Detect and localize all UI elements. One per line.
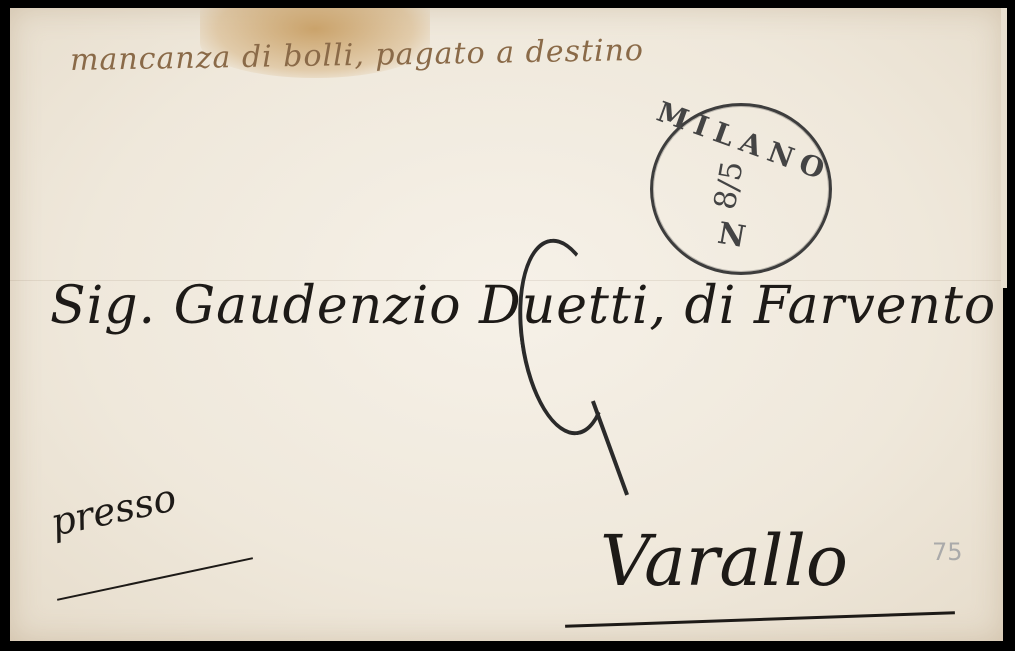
top-manuscript-note: mancanza di bolli, pagato a destino bbox=[70, 33, 645, 78]
flap-edge bbox=[1001, 8, 1007, 288]
destination-underline bbox=[565, 611, 955, 628]
postmark-circle: MILANO 8/5 N bbox=[650, 103, 832, 275]
manuscript-tax-mark bbox=[507, 233, 622, 441]
presso-note: presso bbox=[47, 475, 180, 544]
presso-underline bbox=[57, 557, 253, 601]
destination-town: Varallo bbox=[600, 520, 848, 602]
postmark-date: 8/5 bbox=[708, 159, 751, 213]
manuscript-tax-mark-tail bbox=[591, 400, 629, 495]
postmark-time: N bbox=[715, 216, 748, 255]
addressee-name: Sig. Gaudenzio Duetti, di Farvento bbox=[50, 276, 996, 336]
pencil-note: 75 bbox=[932, 538, 963, 566]
letter-sheet: mancanza di bolli, pagato a destino MILA… bbox=[10, 8, 1003, 641]
